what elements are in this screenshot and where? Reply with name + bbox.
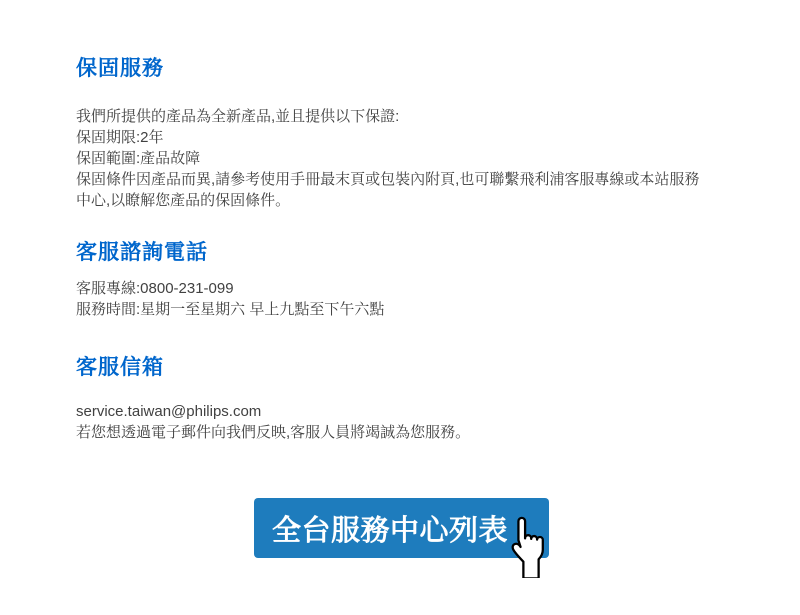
email-section-title: 客服信箱 xyxy=(76,357,726,379)
warranty-scope-text: 保固範圍:產品故障 xyxy=(76,148,756,169)
warranty-intro-text: 我們所提供的產品為全新產品,並且提供以下保證: xyxy=(76,106,756,127)
email-address-text: service.taiwan@philips.com xyxy=(76,401,756,422)
service-hours-text: 服務時間:星期一至星期六 早上九點至下午六點 xyxy=(76,299,756,320)
phone-section-title: 客服諮詢電話 xyxy=(76,242,726,264)
email-note-text: 若您想透過電子郵件向我們反映,客服人員將竭誠為您服務。 xyxy=(76,422,756,443)
service-centers-button-label: 全台服務中心列表 xyxy=(272,508,530,549)
section-phone: 客服諮詢電話 客服專線:0800-231-099 服務時間:星期一至星期六 早上… xyxy=(76,242,726,320)
service-centers-button[interactable]: 全台服務中心列表 xyxy=(254,498,549,558)
section-email: 客服信箱 service.taiwan@philips.com 若您想透過電子郵… xyxy=(76,357,726,443)
warranty-conditions-text: 保固條件因產品而異,請參考使用手冊最末頁或包裝內附頁,也可聯繫飛利浦客服專線或本… xyxy=(76,169,756,211)
support-info-page: 保固服務 我們所提供的產品為全新產品,並且提供以下保證: 保固期限:2年 保固範… xyxy=(0,0,800,615)
phone-section-body: 客服專線:0800-231-099 服務時間:星期一至星期六 早上九點至下午六點 xyxy=(76,278,756,320)
warranty-section-body: 我們所提供的產品為全新產品,並且提供以下保證: 保固期限:2年 保固範圍:產品故… xyxy=(76,106,756,211)
section-warranty: 保固服務 我們所提供的產品為全新產品,並且提供以下保證: 保固期限:2年 保固範… xyxy=(76,58,726,211)
warranty-section-title: 保固服務 xyxy=(76,58,726,80)
email-section-body: service.taiwan@philips.com 若您想透過電子郵件向我們反… xyxy=(76,401,756,443)
warranty-period-text: 保固期限:2年 xyxy=(76,127,756,148)
hotline-number-text: 客服專線:0800-231-099 xyxy=(76,278,756,299)
